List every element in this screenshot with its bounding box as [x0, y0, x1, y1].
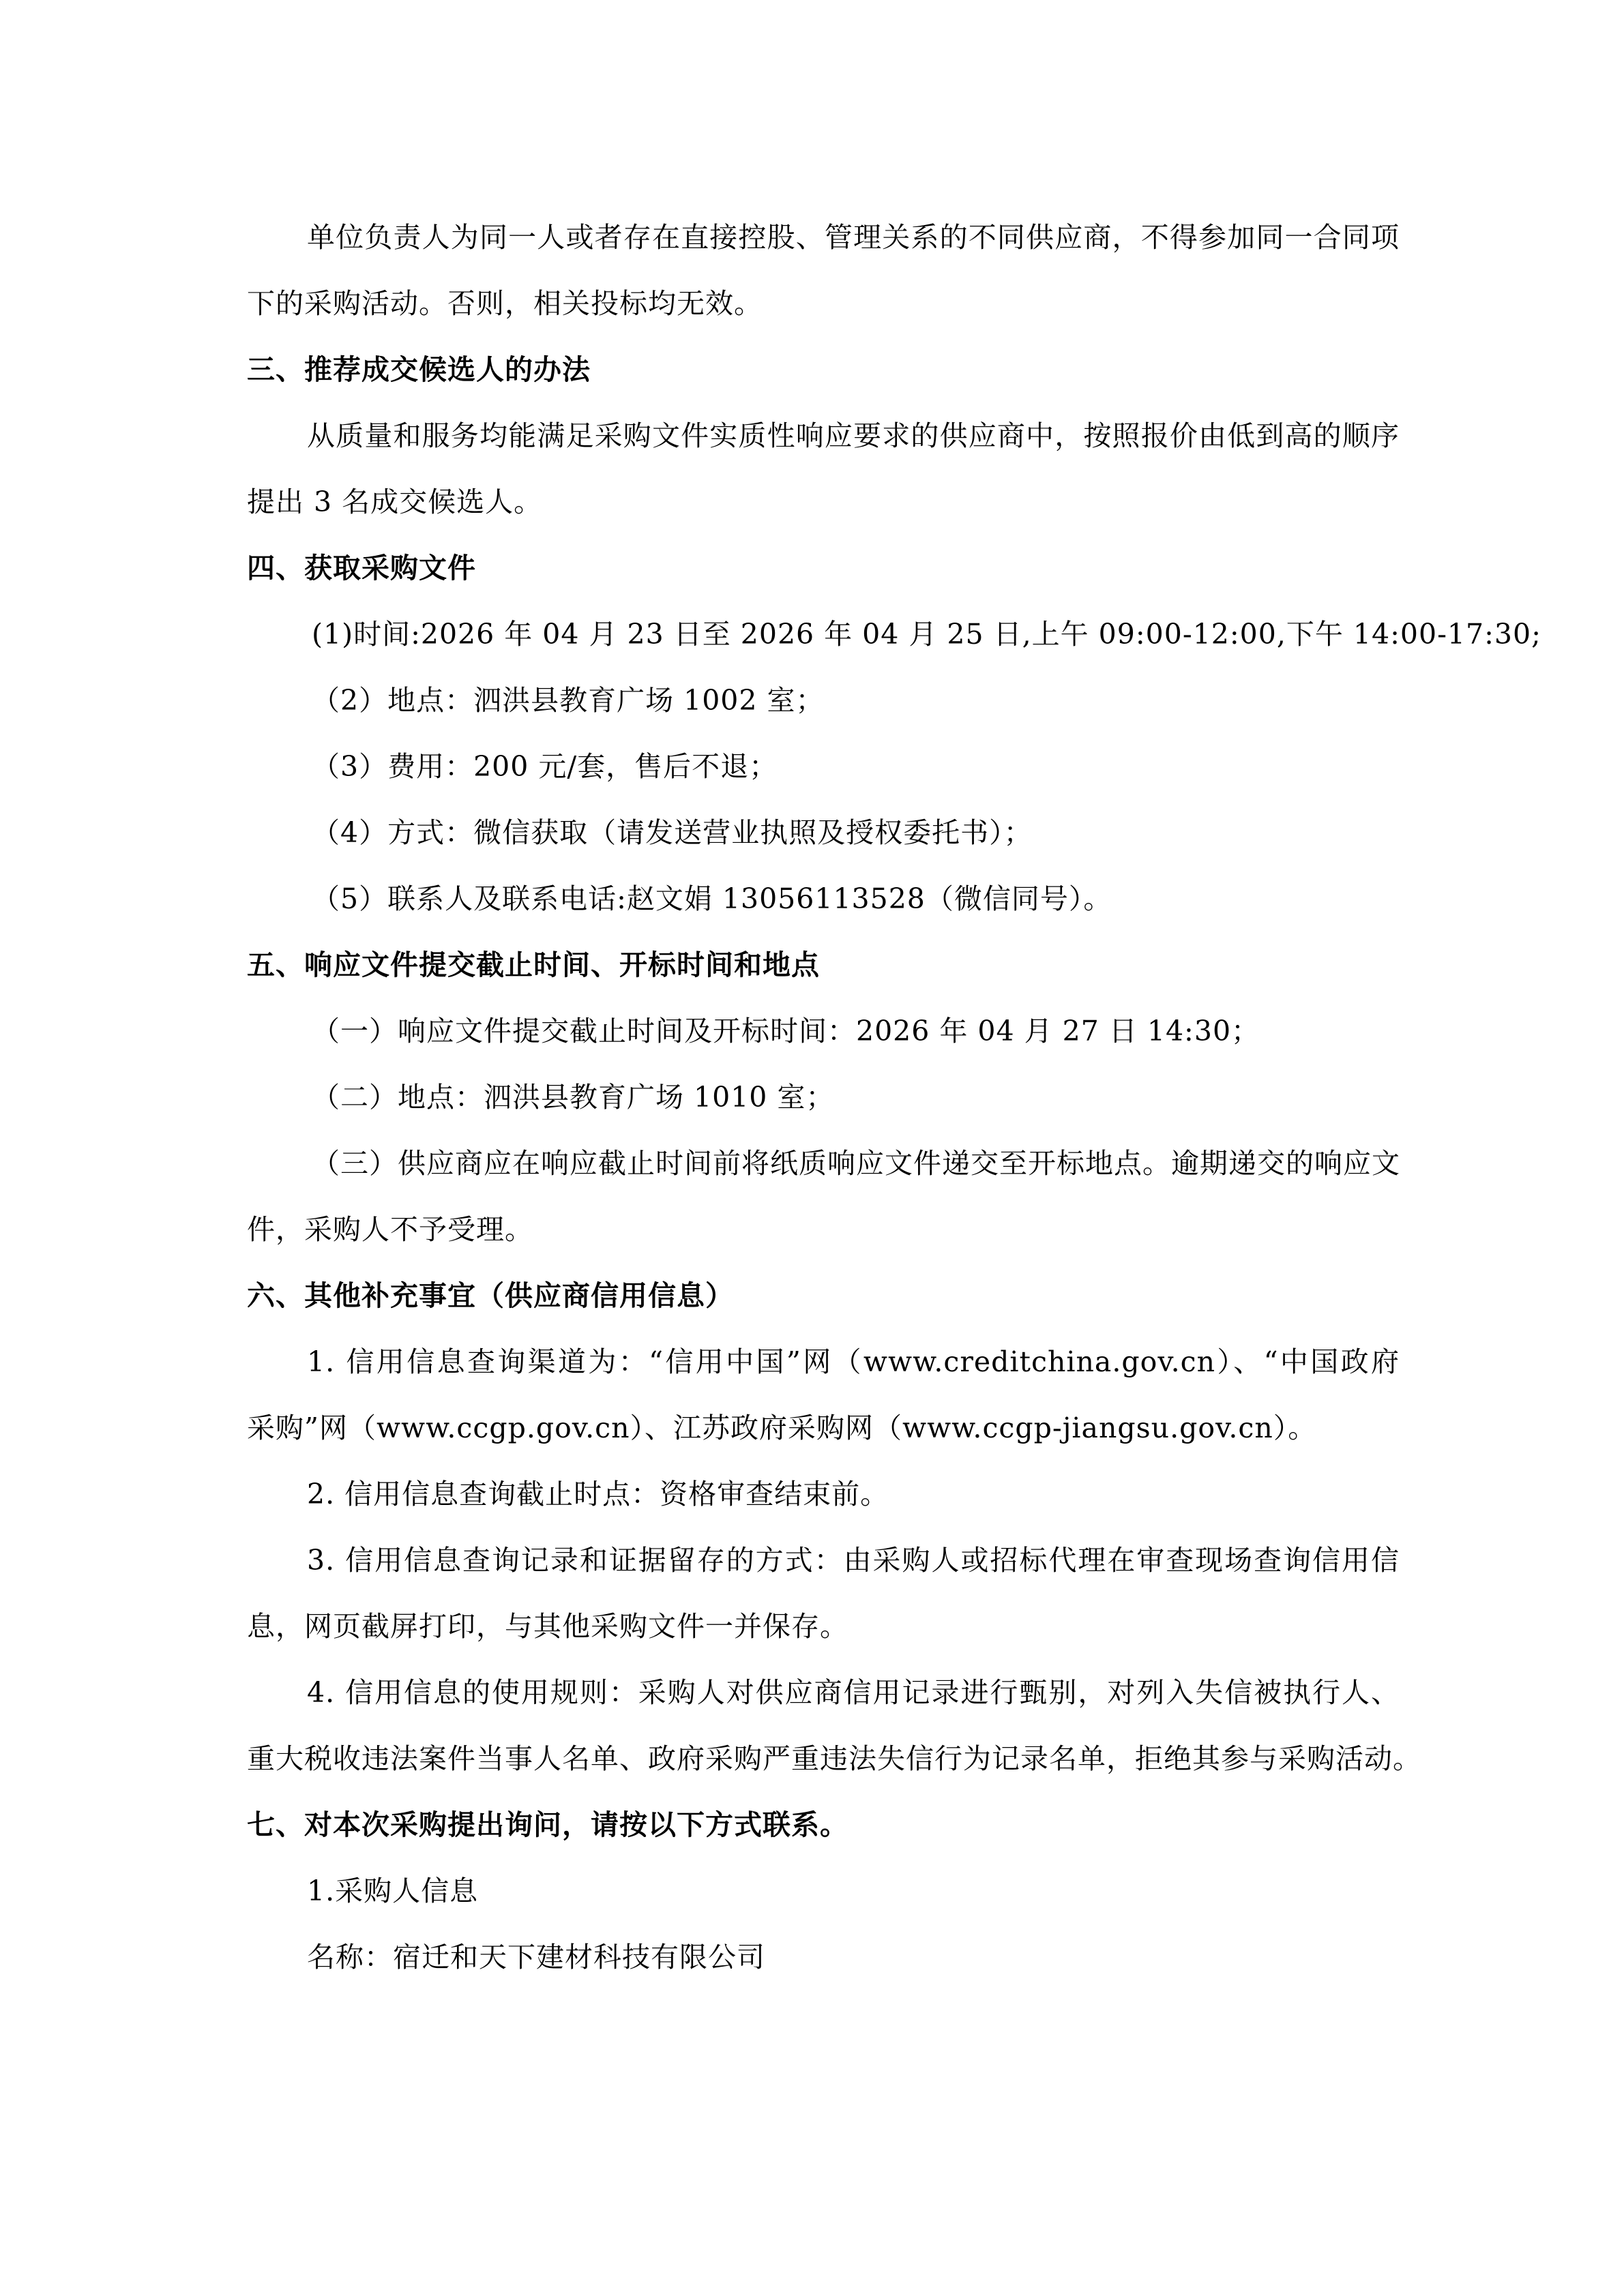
body-line: 单位负责人为同一人或者存在直接控股、管理关系的不同供应商，不得参加同一合同项: [247, 205, 1400, 271]
body-line: 下的采购活动。否则，相关投标均无效。: [247, 271, 1400, 337]
body-line: 从质量和服务均能满足采购文件实质性响应要求的供应商中，按照报价由低到高的顺序: [247, 403, 1400, 469]
credit-usage-rules-cont: 重大税收违法案件当事人名单、政府采购严重违法失信行为记录名单，拒绝其参与采购活动…: [247, 1726, 1400, 1792]
list-item-location: （2）地点：泗洪县教育广场 1002 室；: [247, 668, 1400, 734]
body-text: 下的采购活动。否则，相关投标均无效。: [247, 287, 763, 320]
purchaser-info-label: 1.采购人信息: [307, 1875, 478, 1907]
list-item-deadline: （一）响应文件提交截止时间及开标时间：2026 年 04 月 27 日 14:3…: [247, 998, 1400, 1064]
body-line: 名称：宿迁和天下建材科技有限公司: [247, 1924, 1400, 1991]
credit-record-method: 3. 信用信息查询记录和证据留存的方式：由采购人或招标代理在审查现场查询信用信: [307, 1527, 1400, 1594]
list-item-time: (1)时间:2026 年 04 月 23 日至 2026 年 04 月 25 日…: [247, 601, 1400, 668]
list-item-fee: （3）费用：200 元/套，售后不退；: [247, 734, 1400, 800]
body-line: 件，采购人不予受理。: [247, 1197, 1400, 1263]
section-heading-4: 四、获取采购文件: [247, 535, 1400, 601]
section-heading-3: 三、推荐成交候选人的办法: [247, 337, 1400, 403]
section-heading-6: 六、其他补充事宜（供应商信用信息）: [247, 1263, 1400, 1329]
credit-usage-rules: 4. 信用信息的使用规则：采购人对供应商信用记录进行甄别，对列入失信被执行人、: [307, 1660, 1400, 1726]
body-line: 4. 信用信息的使用规则：采购人对供应商信用记录进行甄别，对列入失信被执行人、: [247, 1660, 1400, 1726]
purchaser-name: 名称：宿迁和天下建材科技有限公司: [307, 1941, 765, 1973]
body-text: 件，采购人不予受理。: [247, 1213, 533, 1246]
body-text: 提出 3 名成交候选人。: [247, 486, 542, 518]
credit-record-method-cont: 息，网页截屏打印，与其他采购文件一并保存。: [247, 1610, 848, 1643]
list-item-venue: （二）地点：泗洪县教育广场 1010 室；: [247, 1064, 1400, 1131]
credit-query-channels: 1. 信用信息查询渠道为：“信用中国”网（www.creditchina.gov…: [307, 1329, 1400, 1395]
body-line: 息，网页截屏打印，与其他采购文件一并保存。: [247, 1594, 1400, 1660]
body-line: 1.采购人信息: [247, 1858, 1400, 1924]
body-line: 2. 信用信息查询截止时点：资格审查结束前。: [247, 1461, 1400, 1527]
list-item-method: （4）方式：微信获取（请发送营业执照及授权委托书）；: [247, 800, 1400, 866]
document-page: 单位负责人为同一人或者存在直接控股、管理关系的不同供应商，不得参加同一合同项 下…: [247, 205, 1400, 1991]
body-text: 从质量和服务均能满足采购文件实质性响应要求的供应商中，按照报价由低到高的顺序: [307, 403, 1400, 469]
body-line: 重大税收违法案件当事人名单、政府采购严重违法失信行为记录名单，拒绝其参与采购活动…: [247, 1726, 1400, 1792]
credit-query-channels-cont: 采购”网（www.ccgp.gov.cn）、江苏政府采购网（www.ccgp-j…: [247, 1412, 1316, 1444]
list-item-contact: （5）联系人及联系电话:赵文娟 13056113528（微信同号）。: [247, 866, 1400, 932]
body-text: 单位负责人为同一人或者存在直接控股、管理关系的不同供应商，不得参加同一合同项: [307, 205, 1400, 271]
body-line: （三）供应商应在响应截止时间前将纸质响应文件递交至开标地点。逾期递交的响应文: [247, 1131, 1400, 1197]
body-line: 采购”网（www.ccgp.gov.cn）、江苏政府采购网（www.ccgp-j…: [247, 1395, 1400, 1461]
section-heading-7: 七、对本次采购提出询问，请按以下方式联系。: [247, 1792, 1400, 1858]
body-line: 1. 信用信息查询渠道为：“信用中国”网（www.creditchina.gov…: [247, 1329, 1400, 1395]
section-heading-5: 五、响应文件提交截止时间、开标时间和地点: [247, 932, 1400, 998]
body-line: 提出 3 名成交候选人。: [247, 469, 1400, 535]
body-text: （三）供应商应在响应截止时间前将纸质响应文件递交至开标地点。逾期递交的响应文: [312, 1131, 1400, 1197]
credit-query-deadline: 2. 信用信息查询截止时点：资格审查结束前。: [307, 1478, 889, 1510]
body-line: 3. 信用信息查询记录和证据留存的方式：由采购人或招标代理在审查现场查询信用信: [247, 1527, 1400, 1594]
